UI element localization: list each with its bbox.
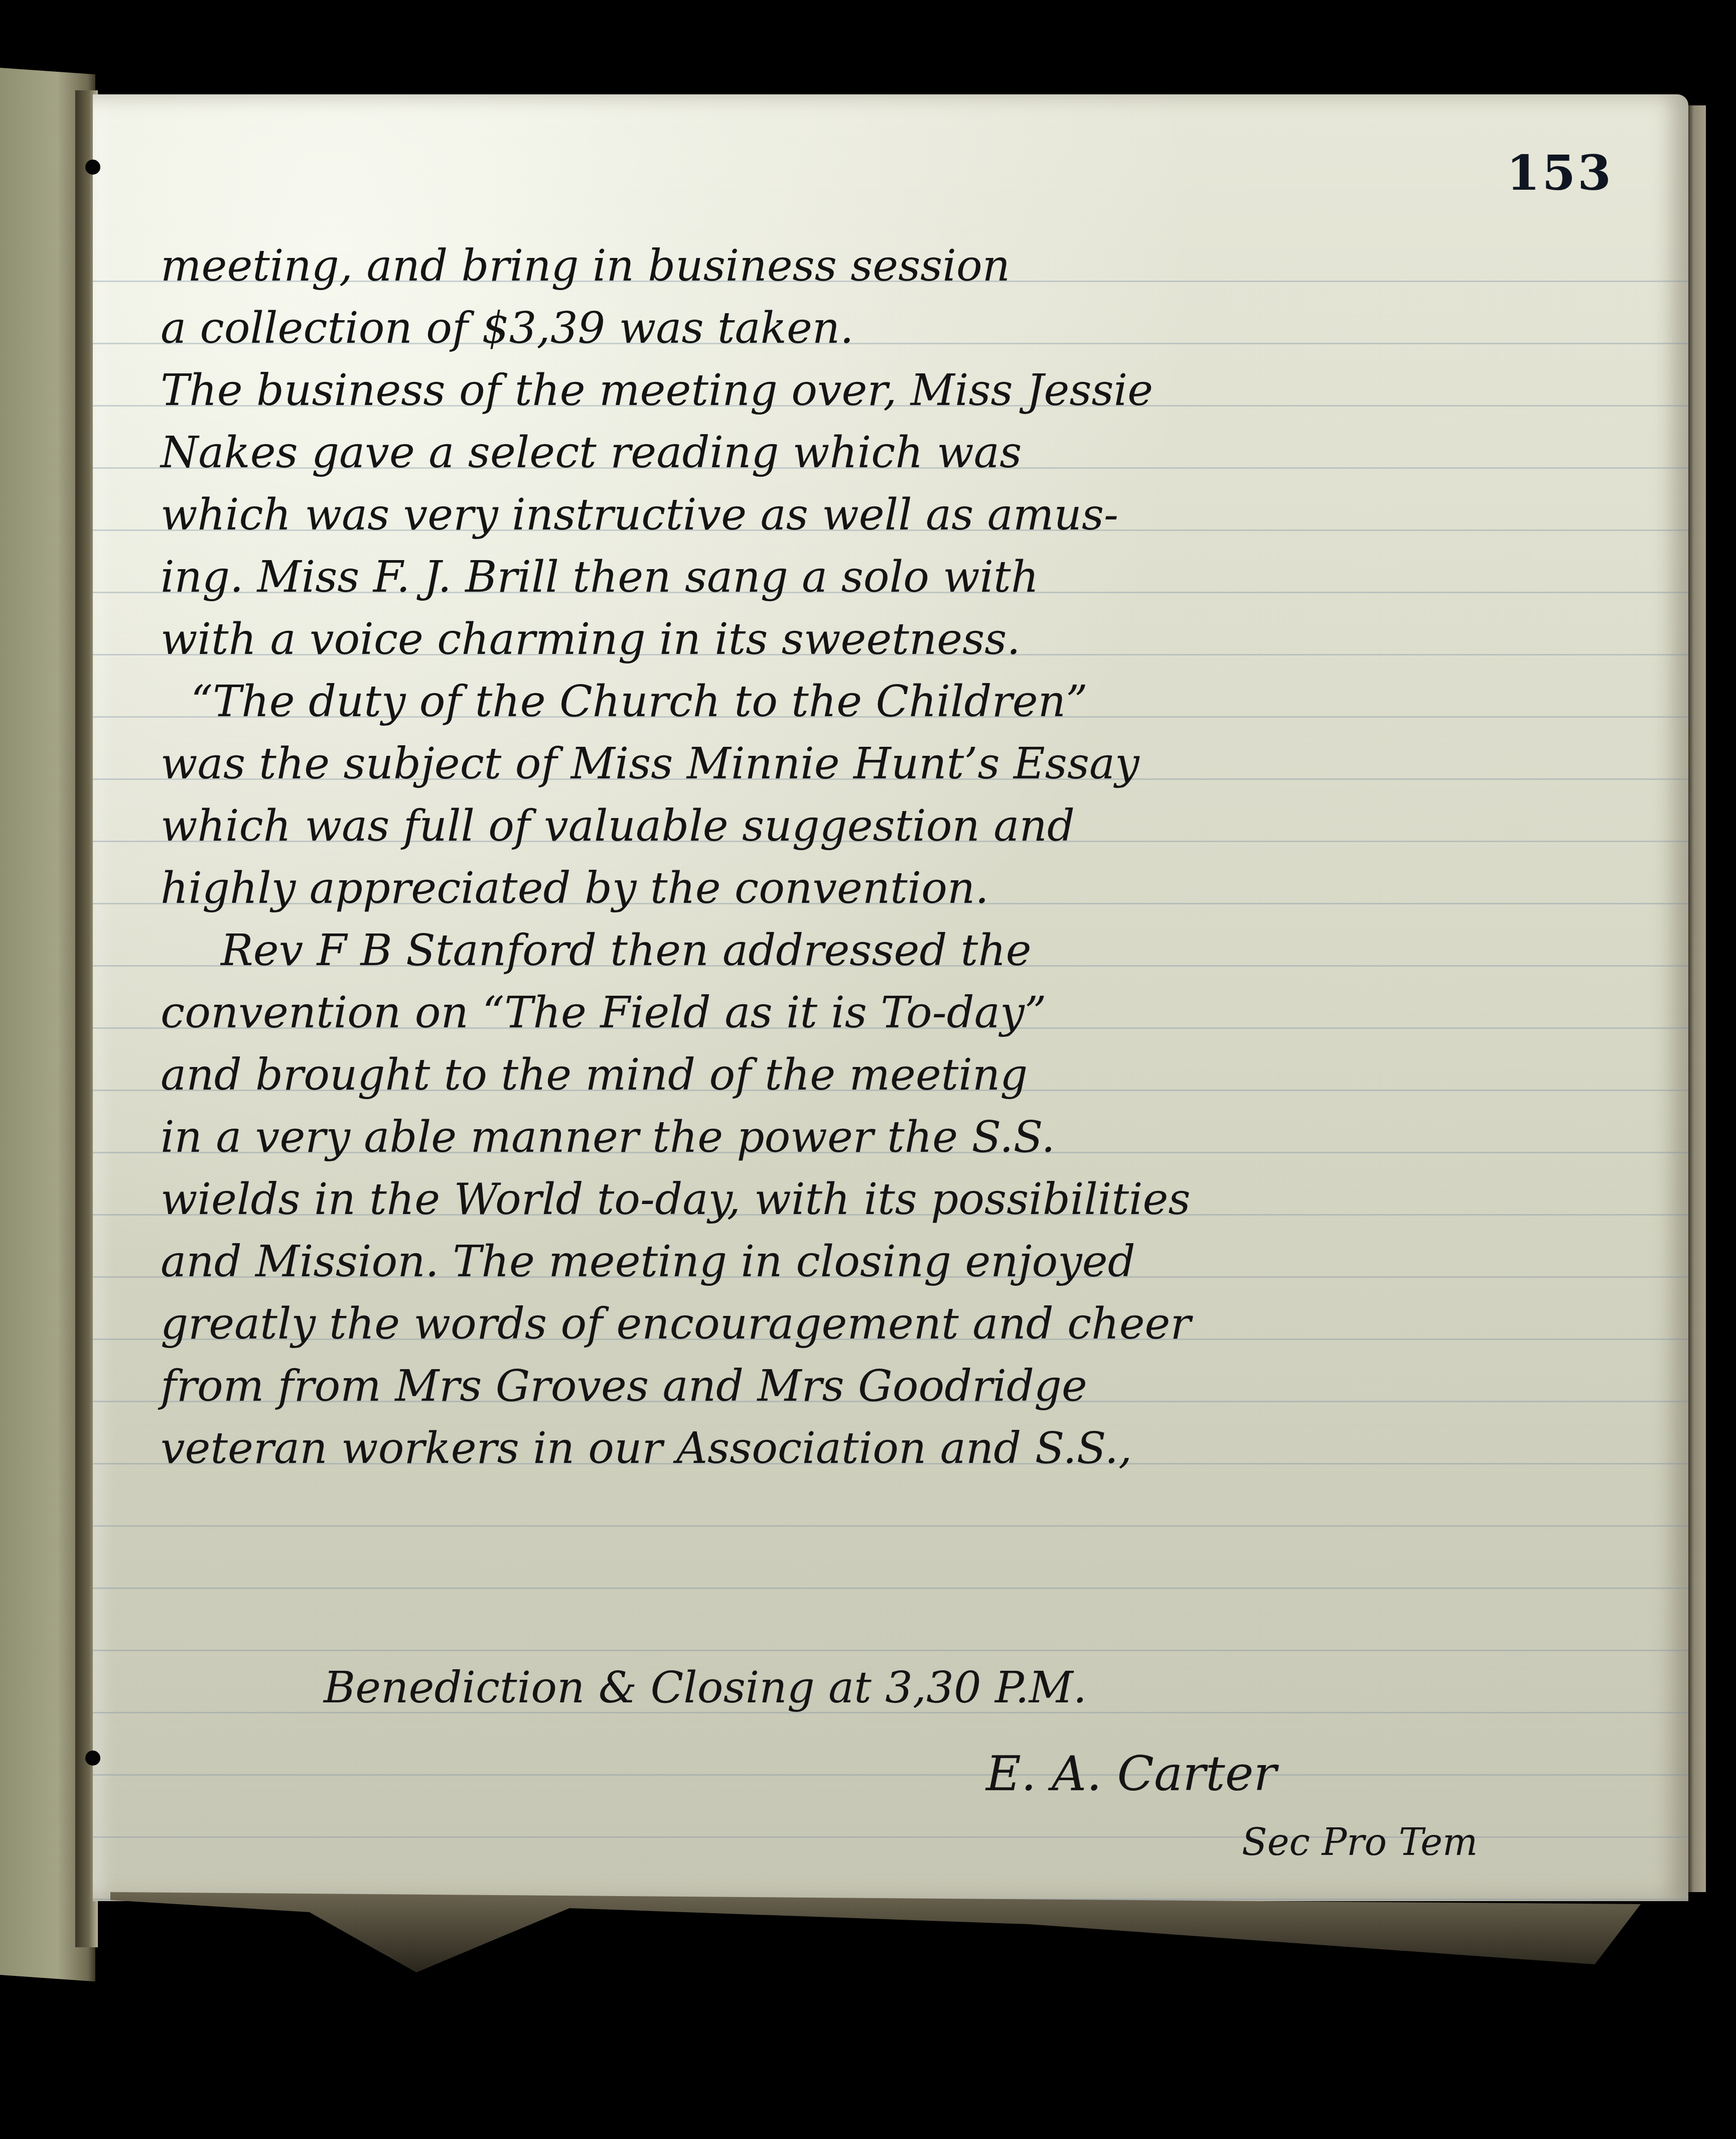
page-number: 153 (1507, 145, 1613, 201)
text-line: a collection of $3,39 was taken. (161, 297, 1641, 359)
text-line: convention on “The Field as it is To-day… (161, 982, 1641, 1044)
text-line: highly appreciated by the convention. (161, 857, 1641, 919)
text-line: Rev F B Stanford then addressed the (161, 919, 1641, 982)
text-line: ing. Miss F. J. Brill then sang a solo w… (161, 546, 1641, 608)
text-line: Nakes gave a select reading which was (161, 422, 1641, 484)
torn-page-bottom (110, 1892, 1641, 1972)
binding-hole (85, 160, 100, 175)
signature-title: Sec Pro Tem (1242, 1821, 1478, 1864)
text-line: The business of the meeting over, Miss J… (161, 359, 1641, 422)
text-line: and brought to the mind of the meeting (161, 1044, 1641, 1106)
text-line: “The duty of the Church to the Children” (161, 671, 1641, 733)
text-line: meeting, and bring in business session (161, 235, 1641, 297)
text-line: wields in the World to-day, with its pos… (161, 1168, 1641, 1231)
text-line: which was full of valuable suggestion an… (161, 795, 1641, 857)
text-line: in a very able manner the power the S.S. (161, 1106, 1641, 1168)
signature: E. A. Carter (986, 1746, 1276, 1802)
closing-line: Benediction & Closing at 3,30 P.M. (324, 1663, 1087, 1713)
text-line: was the subject of Miss Minnie Hunt’s Es… (161, 733, 1641, 795)
text-line: veteran workers in our Association and S… (161, 1417, 1641, 1480)
handwritten-body: meeting, and bring in business session a… (161, 235, 1641, 1480)
text-line: with a voice charming in its sweetness. (161, 608, 1641, 671)
text-line: and Mission. The meeting in closing enjo… (161, 1231, 1641, 1293)
binding-hole (85, 1751, 100, 1766)
text-line: greatly the words of encouragement and c… (161, 1293, 1641, 1355)
text-line: which was very instructive as well as am… (161, 484, 1641, 546)
page-edge (1686, 105, 1706, 1892)
text-line: from from Mrs Groves and Mrs Goodridge (161, 1355, 1641, 1417)
document-page: 153 meeting, and bring in business sessi… (93, 94, 1688, 1901)
